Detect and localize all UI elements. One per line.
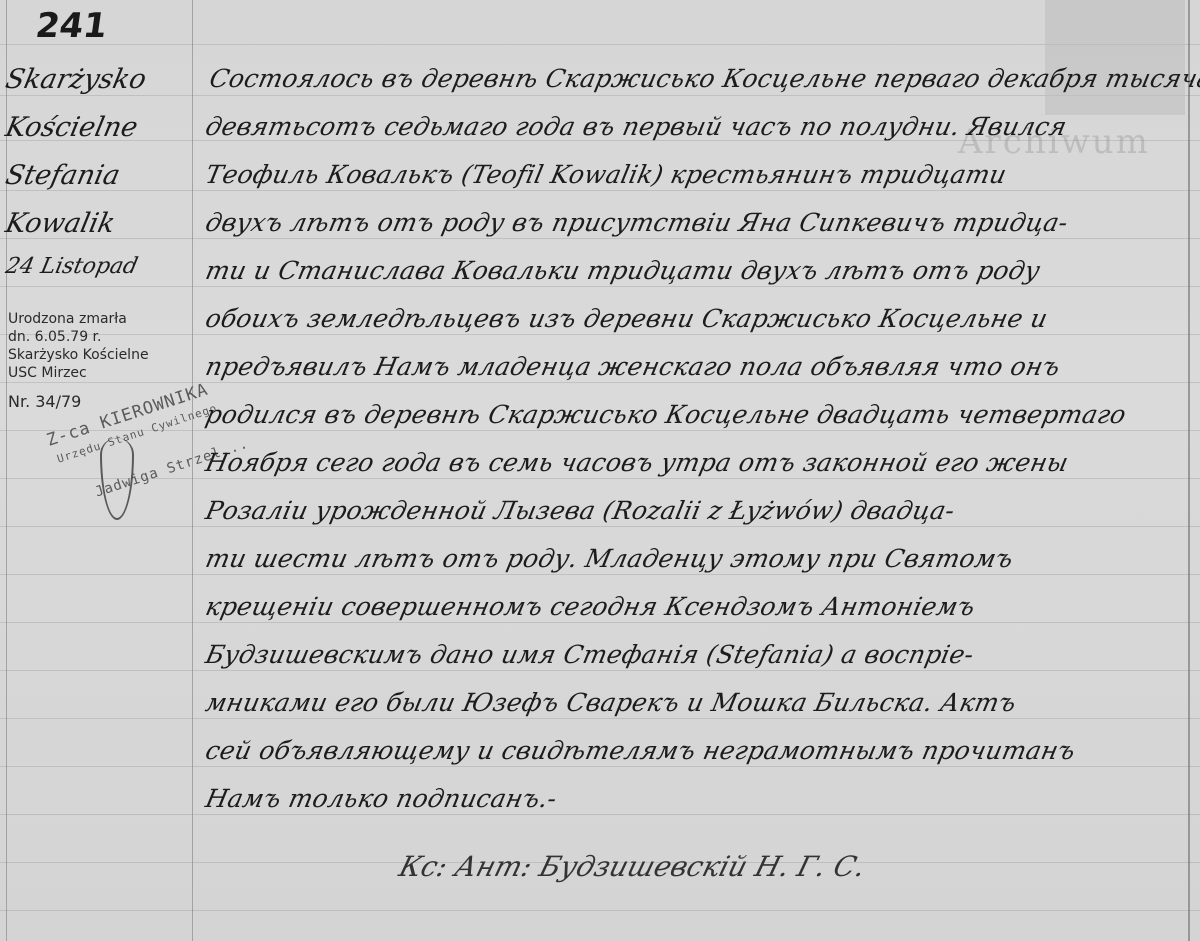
- ruled-line: [0, 238, 1200, 239]
- ruled-line: [0, 526, 1200, 527]
- ruled-line: [0, 622, 1200, 623]
- record-line: Намъ только подписанъ.-: [203, 784, 560, 813]
- record-line: мниками его были Юзефъ Сварекъ и Мошка Б…: [203, 688, 1019, 717]
- ruled-line: [0, 44, 1200, 45]
- record-line: Теофиль Ковалькъ (Teofil Kowalik) кресть…: [203, 160, 1009, 189]
- record-line: Розаліи урожденной Лызева (Rozalii z Łyż…: [203, 496, 957, 525]
- record-line: двухъ лѣтъ отъ роду въ присутствіи Яна С…: [203, 208, 1071, 237]
- ruled-line: [0, 334, 1200, 335]
- record-line: Состоялось въ деревнѣ Скаржисько Косцель…: [207, 64, 1200, 93]
- record-line: ти и Станислава Ковальки тридцати двухъ …: [203, 256, 1043, 285]
- record-line: ти шести лѣтъ отъ роду. Младенцу этому п…: [203, 544, 1016, 573]
- ruled-line: [0, 190, 1200, 191]
- record-line: Будзишевскимъ дано имя Стефанія (Stefani…: [203, 640, 977, 669]
- record-line: крещеніи совершенномъ сегодня Ксендзомъ …: [203, 592, 978, 621]
- priest-signature: Кс: Ант: Будзишевскій Н. Г. С.: [396, 850, 869, 883]
- record-line: Ноября сего года въ семь часовъ утра отъ…: [203, 448, 1071, 477]
- ruled-line: [0, 574, 1200, 575]
- record-line: обоихъ земледѣльцевъ изъ деревни Скаржис…: [203, 304, 1050, 333]
- ruled-line: [0, 814, 1200, 815]
- ruled-line: [0, 670, 1200, 671]
- document-scan: Archiwum 241 Skarżysko Kościelne Stefani…: [0, 0, 1200, 941]
- archive-label-patch: [1045, 0, 1185, 115]
- margin-date: 24 Listopad: [3, 254, 140, 279]
- margin-given-name: Stefania: [3, 160, 123, 191]
- annotation-line: Urodzona zmarła: [8, 312, 127, 327]
- record-line: предъявилъ Намъ младенца женскаго пола о…: [203, 352, 1063, 381]
- margin-village-line2: Kościelne: [3, 112, 141, 143]
- record-line: девятьсотъ седьмаго года въ первый часъ …: [203, 112, 1069, 141]
- record-line: родился въ деревнѣ Скаржисько Косцельне …: [203, 400, 1129, 429]
- ruled-line: [0, 718, 1200, 719]
- ruled-line: [0, 910, 1200, 911]
- ruled-line: [0, 766, 1200, 767]
- ruled-line: [0, 95, 1200, 96]
- right-edge-line: [1188, 0, 1190, 941]
- margin-surname: Kowalik: [3, 208, 118, 239]
- margin-village-line1: Skarżysko: [3, 64, 149, 95]
- record-line: сей объявляющему и свидѣтелямъ неграмотн…: [203, 736, 1078, 765]
- entry-number: 241: [33, 6, 110, 46]
- ruled-line: [0, 286, 1200, 287]
- annotation-line: dn. 6.05.79 r.: [8, 330, 101, 345]
